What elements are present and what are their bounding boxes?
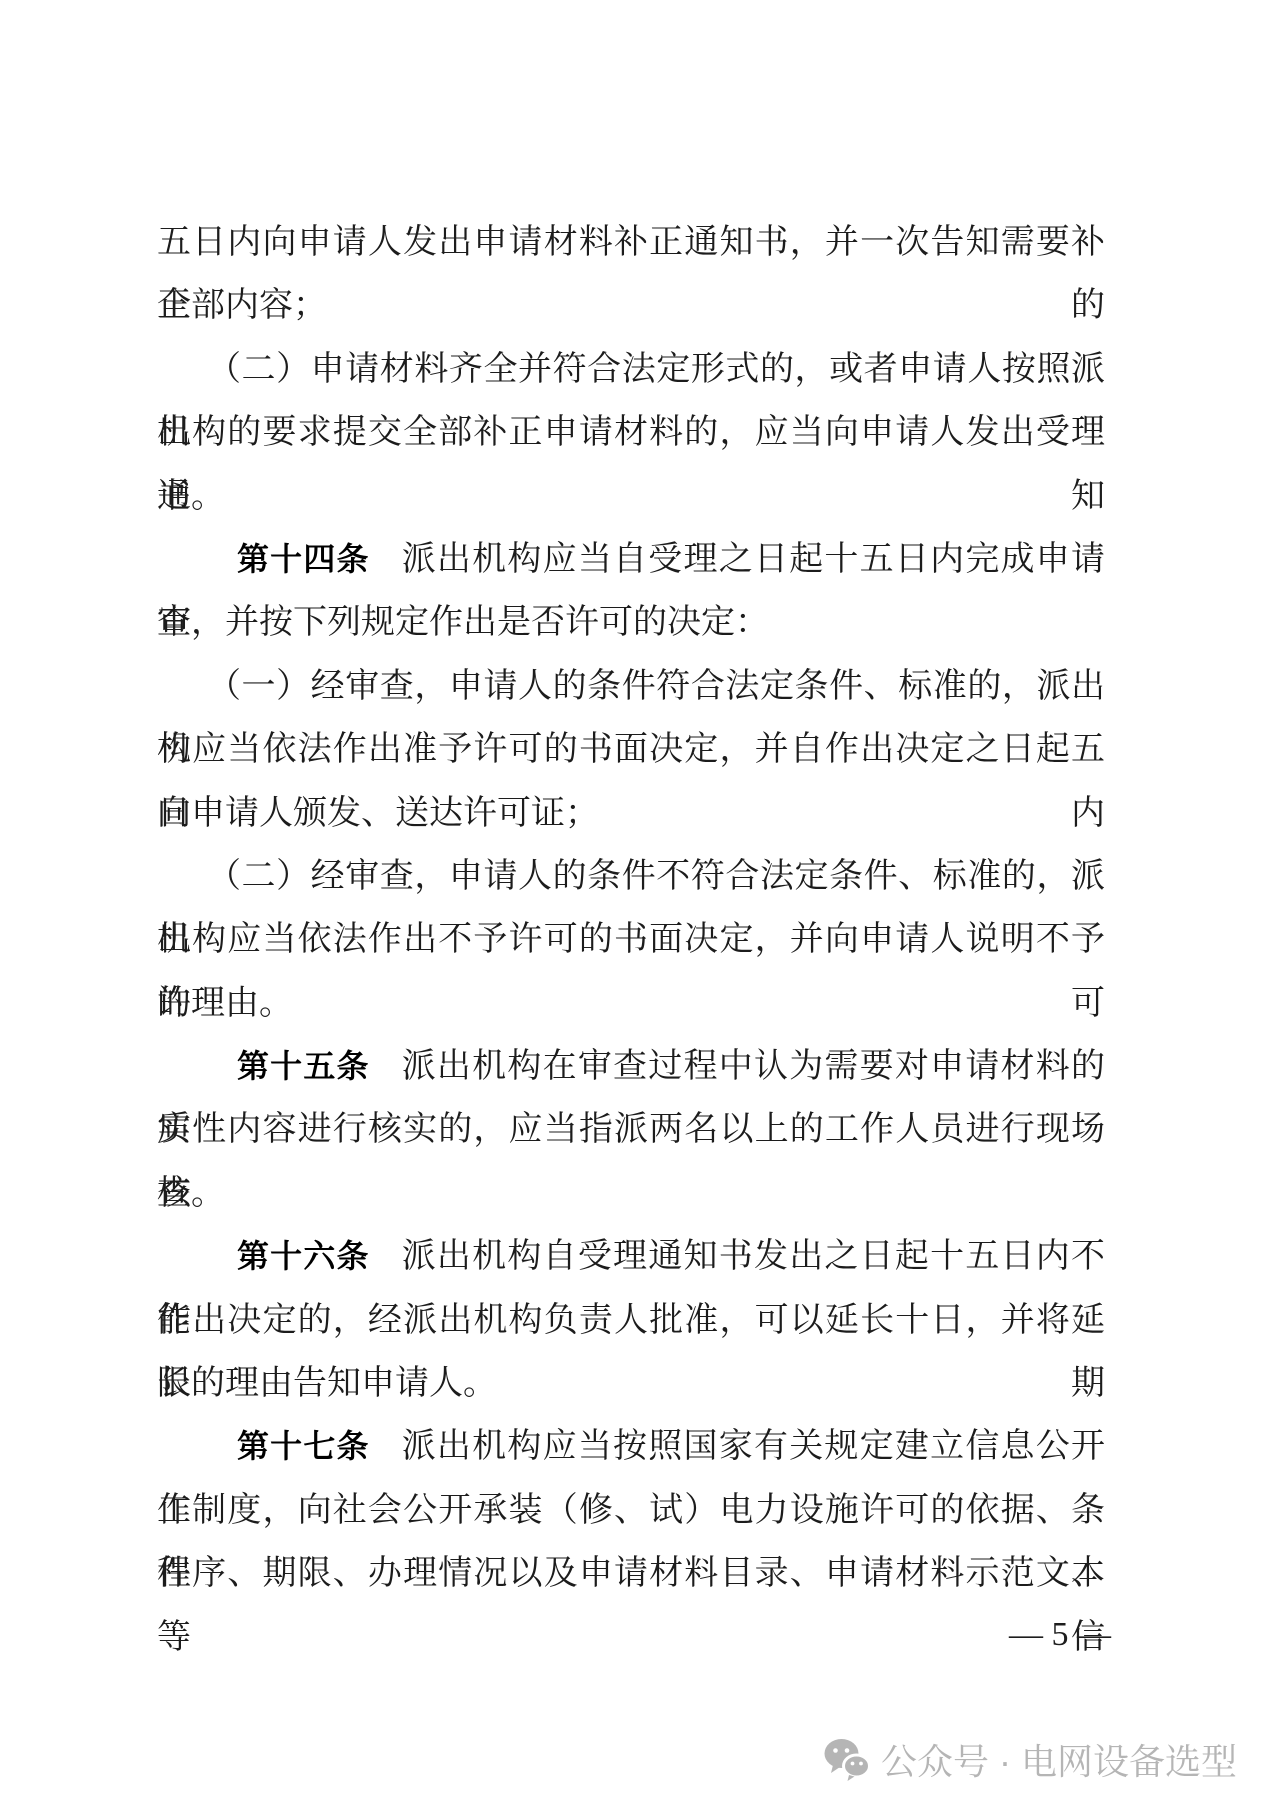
text-line: 五日内向申请人发出申请材料补正通知书，并一次告知需要补正的 xyxy=(157,211,1105,274)
article-number: 第十五条 xyxy=(237,1048,370,1084)
text-line: 机构的要求提交全部补正申请材料的，应当向申请人发出受理通知 xyxy=(157,401,1105,464)
text-line: 第十五条派出机构在审查过程中认为需要对申请材料的实 xyxy=(157,1035,1105,1098)
footer-watermark: 公众号 · 电网设备选型 xyxy=(823,1734,1237,1785)
text-line: 机构应当依法作出不予许可的书面决定，并向申请人说明不予许可 xyxy=(157,908,1105,971)
document-page: 五日内向申请人发出申请材料补正通知书，并一次告知需要补正的全部内容；（二）申请材… xyxy=(0,0,1280,1810)
text-line: 第十四条派出机构应当自受理之日起十五日内完成申请审 xyxy=(157,528,1105,591)
article-number: 第十四条 xyxy=(237,541,370,577)
text-line: （二）经审查，申请人的条件不符合法定条件、标准的，派出 xyxy=(157,845,1105,908)
text-line: 查。 xyxy=(157,1162,1105,1225)
text-line: 第十七条派出机构应当按照国家有关规定建立信息公开工 xyxy=(157,1415,1105,1478)
text-line: 质性内容进行核实的，应当指派两名以上的工作人员进行现场核 xyxy=(157,1098,1105,1161)
article-number: 第十六条 xyxy=(237,1238,370,1274)
text-line: 查，并按下列规定作出是否许可的决定： xyxy=(157,591,1105,654)
text-line: 第十六条派出机构自受理通知书发出之日起十五日内不能 xyxy=(157,1225,1105,1288)
page-number: — 5 — xyxy=(1000,1616,1120,1654)
article-number: 第十七条 xyxy=(237,1428,370,1464)
text-line: （一）经审查，申请人的条件符合法定条件、标准的，派出机 xyxy=(157,655,1105,718)
text-line: （二）申请材料齐全并符合法定形式的，或者申请人按照派出 xyxy=(157,338,1105,401)
wechat-icon xyxy=(823,1737,871,1783)
document-body: 五日内向申请人发出申请材料补正通知书，并一次告知需要补正的全部内容；（二）申请材… xyxy=(157,211,1105,1606)
text-line: 作出决定的，经派出机构负责人批准，可以延长十日，并将延长期 xyxy=(157,1289,1105,1352)
text-line: 构应当依法作出准予许可的书面决定，并自作出决定之日起五日内 xyxy=(157,718,1105,781)
watermark-text: 公众号 · 电网设备选型 xyxy=(881,1734,1237,1785)
text-line: 程序、期限、办理情况以及申请材料目录、申请材料示范文本等信 xyxy=(157,1542,1105,1605)
text-line: 作制度，向社会公开承装（修、试）电力设施许可的依据、条件、 xyxy=(157,1479,1105,1542)
